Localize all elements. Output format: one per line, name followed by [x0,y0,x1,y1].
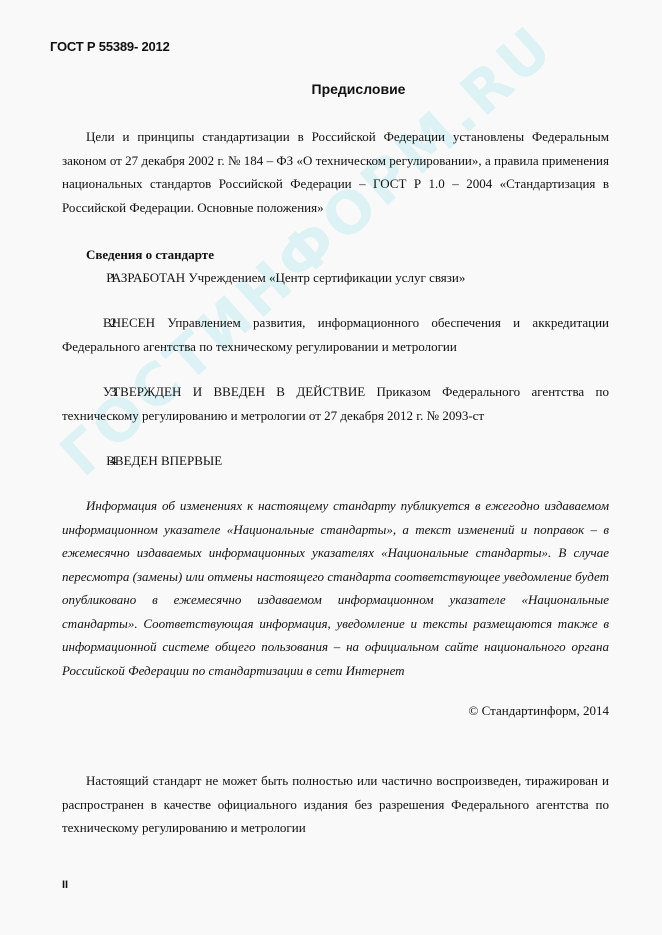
document-id: ГОСТ Р 55389- 2012 [50,39,170,54]
copyright: © Стандартинформ, 2014 [469,703,609,719]
page-number: II [62,879,68,891]
item-text: УТВЕРЖДЕН И ВВЕДЕН В ДЕЙСТВИЕ Приказом Ф… [62,384,609,423]
item-text: ВВЕДЕН ВПЕРВЫЕ [106,453,222,468]
standard-info-item-1: 1 РАЗРАБОТАН Учреждением «Центр сертифик… [62,266,609,290]
standard-info-item-2: 2ВНЕСЕН Управлением развития, информацио… [62,311,609,358]
standard-info-heading: Сведения о стандарте [62,243,609,267]
item-number: 2 [86,311,103,335]
item-text: РАЗРАБОТАН Учреждением «Центр сертификац… [106,270,465,285]
standard-info-item-3: 3УТВЕРЖДЕН И ВВЕДЕН В ДЕЙСТВИЕ Приказом … [62,380,609,427]
standard-info-item-4: 4 ВВЕДЕН ВПЕРВЫЕ [62,449,609,473]
item-number: 4 [86,449,103,473]
intro-paragraph: Цели и принципы стандартизации в Российс… [62,125,609,219]
changes-notice-paragraph: Информация об изменениях к настоящему ст… [62,494,609,682]
item-number: 3 [86,380,103,404]
item-number: 1 [86,266,103,290]
reproduction-notice-paragraph: Настоящий стандарт не может быть полност… [62,769,609,840]
item-text: ВНЕСЕН Управлением развития, информацион… [62,315,609,354]
document-page: ГОСТИНФОРМ.RU ГОСТ Р 55389- 2012 Предисл… [0,0,662,935]
section-title: Предисловие [0,81,662,97]
